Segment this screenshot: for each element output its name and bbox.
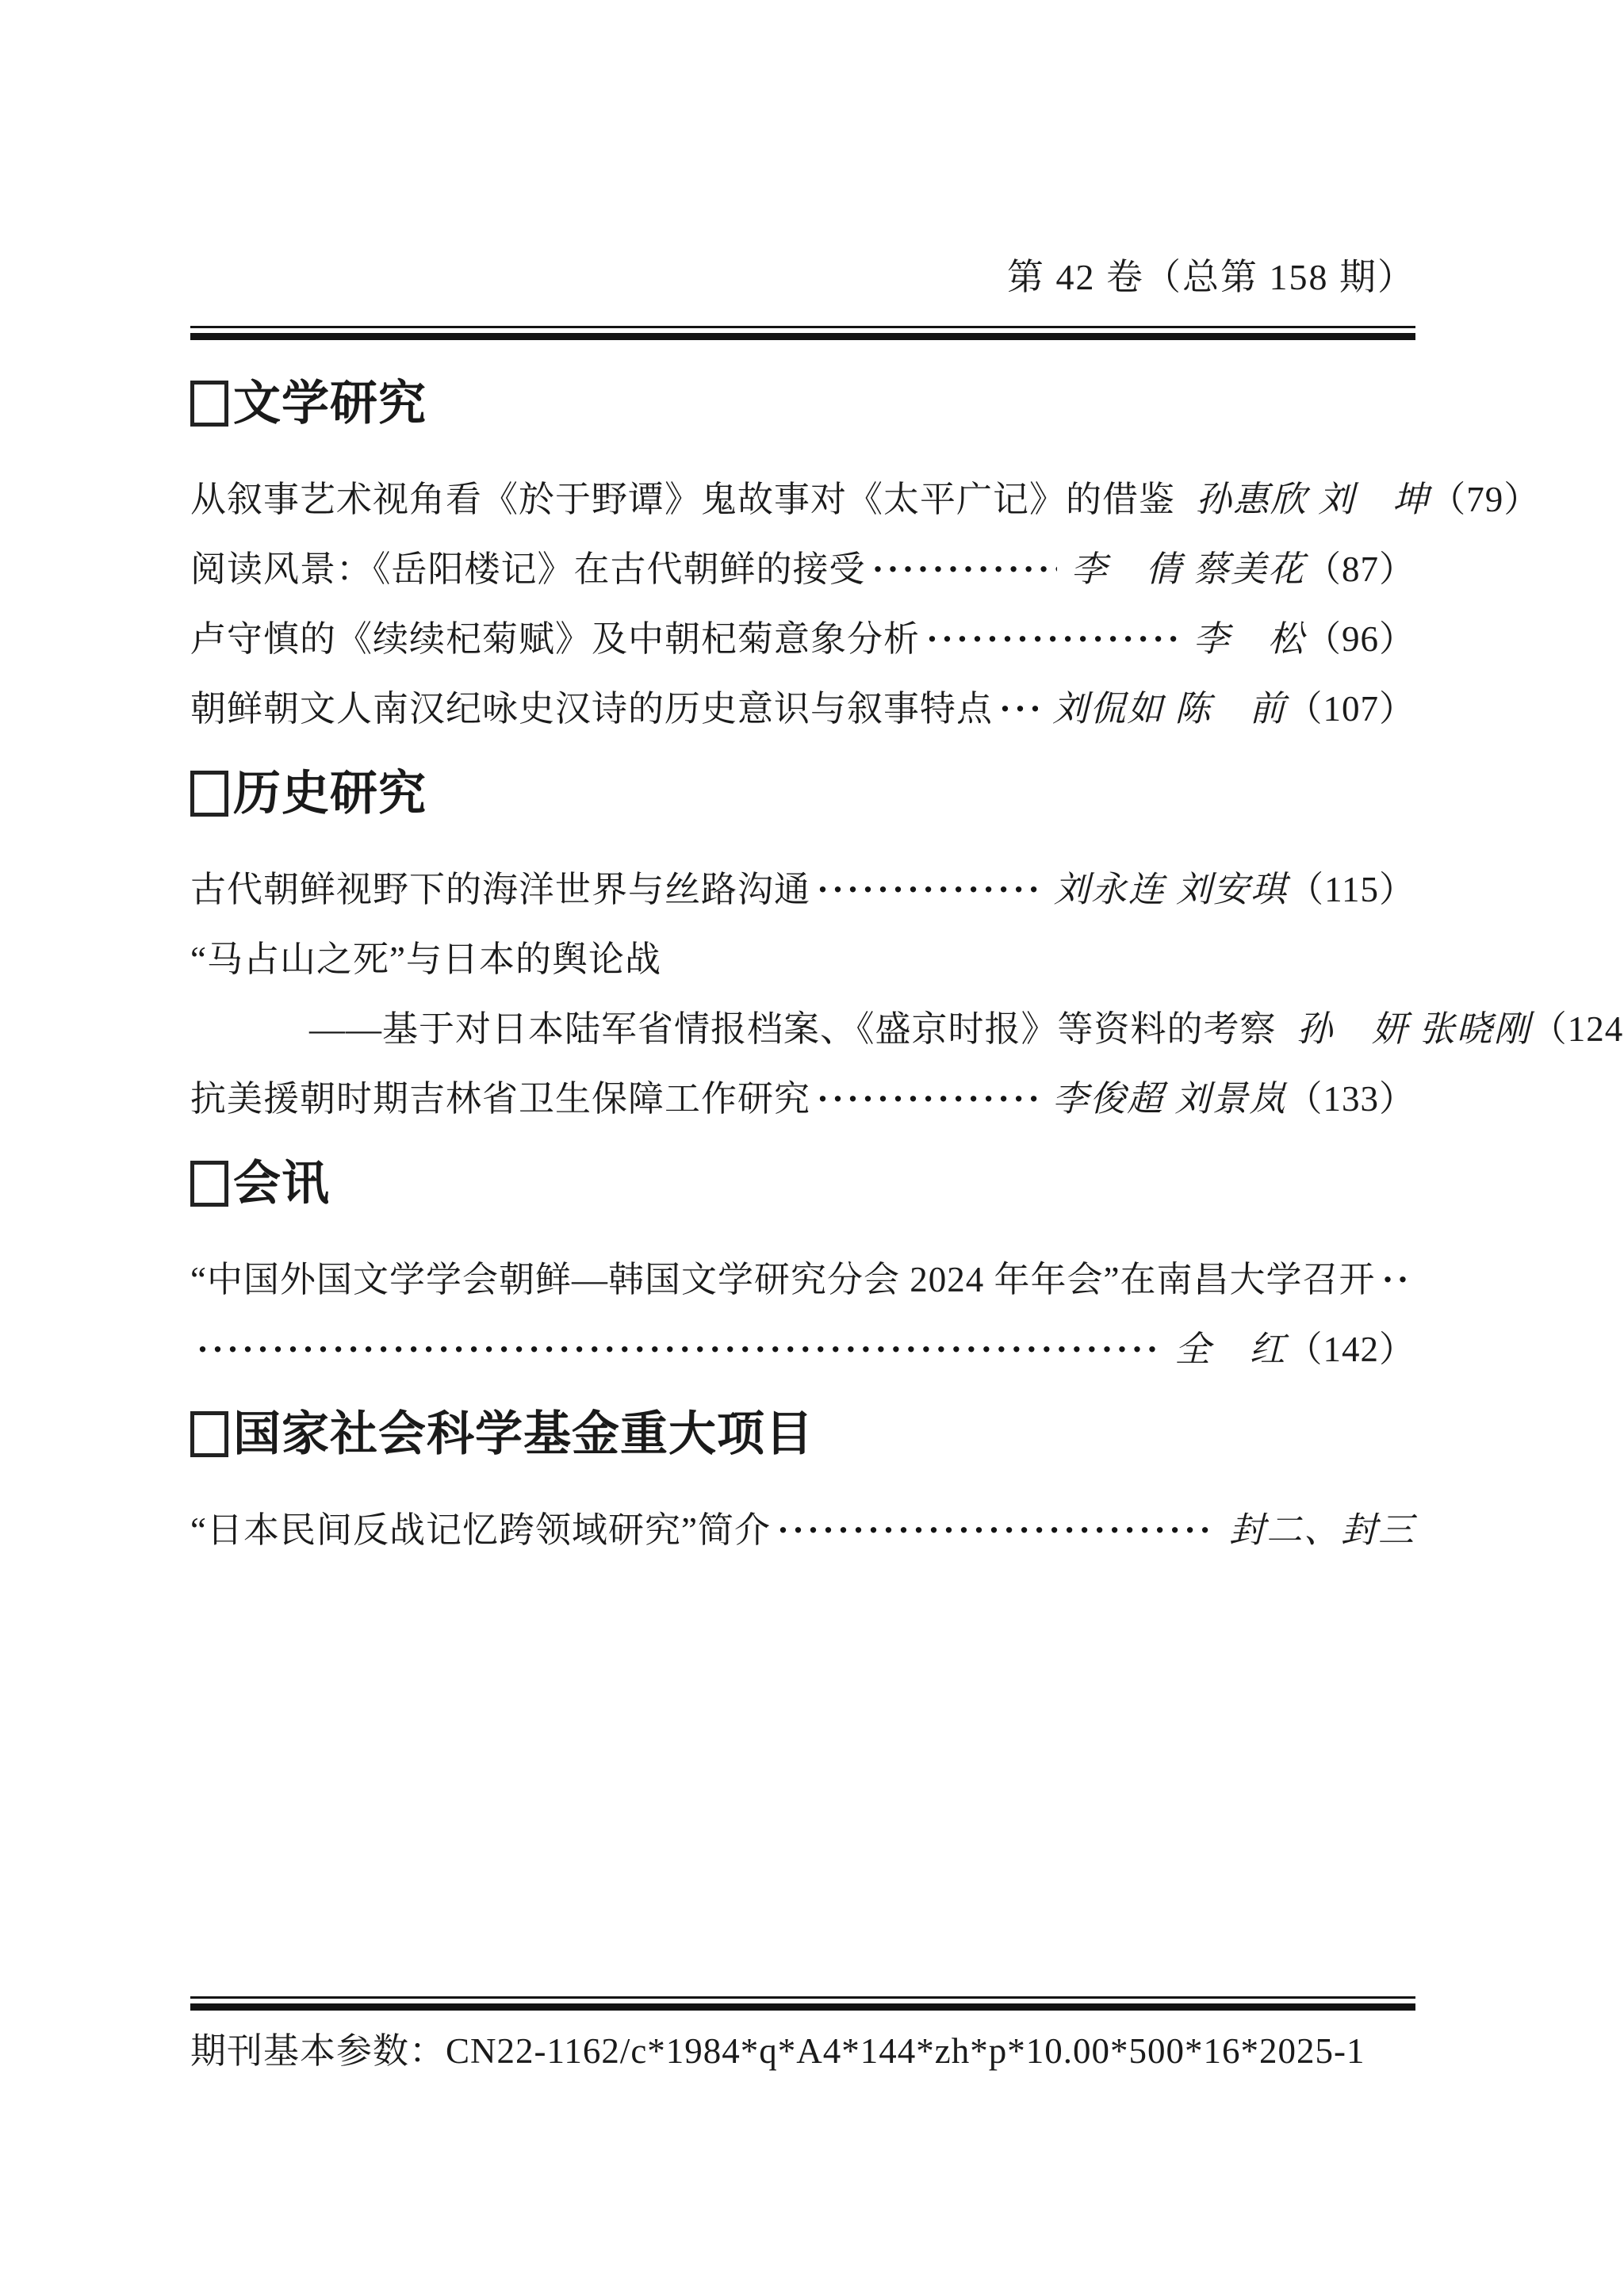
article-page: （107） [1286,687,1415,730]
toc-entry: 朝鲜朝文人南汉纪咏史汉诗的历史意识与叙事特点 ·················… [190,687,1415,730]
article-title: 古代朝鲜视野下的海洋世界与丝路沟通 [190,868,810,911]
section-heading-news: 会讯 [190,1155,1415,1212]
toc-entry: 阅读风景：《岳阳楼记》在古代朝鲜的接受 ····················… [190,548,1415,591]
toc-entry-subtitle-line: ——基于对日本陆军省情报档案、《盛京时报》等资料的考察 ············… [190,1008,1415,1050]
section-heading-literature: 文学研究 [190,375,1415,432]
section-square-icon [190,1411,228,1457]
toc-entry-wrap-line-1: “中国外国文学学会朝鲜—韩国文学研究分会 2024 年年会”在南昌大学召开 ··… [190,1258,1415,1301]
section-heading-label: 会讯 [233,1155,330,1212]
toc-entry-wrap-line-2: ········································… [190,1328,1415,1371]
toc-entry-title-line: “马占山之死”与日本的舆论战 [190,938,1415,981]
toc-entry: “日本民间反战记忆跨领域研究”简介 ······················… [190,1509,1415,1552]
article-title: 朝鲜朝文人南汉纪咏史汉诗的历史意识与叙事特点 [190,687,993,730]
article-authors: 封二、封三 [1218,1509,1415,1552]
article-title: 卢守慎的《续续杞菊赋》及中朝杞菊意象分析 [190,618,920,660]
article-authors: 刘侃如 陈 前 [1041,687,1286,730]
section-square-icon [190,381,228,427]
dot-leader: ········································… [872,548,1057,591]
article-authors: 孙惠欣 刘 坤 [1185,478,1430,521]
volume-issue-line: 第 42 卷（总第 158 期） [190,255,1415,299]
dot-leader: ········································… [1381,1258,1412,1301]
article-title: “马占山之死”与日本的舆论战 [190,938,661,981]
toc-entry: 从叙事艺术视角看《於于野谭》鬼故事对《太平广记》的借鉴 ············… [190,478,1415,521]
toc-entry: 抗美援朝时期吉林省卫生保障工作研究 ······················… [190,1077,1415,1120]
section-heading-label: 历史研究 [233,765,427,822]
journal-parameters-line: 期刊基本参数：CN22-1162/c*1984*q*A4*144*zh*p*10… [190,2030,1415,2072]
article-page: （133） [1286,1077,1415,1120]
article-page: （87） [1305,548,1415,591]
article-authors: 刘永连 刘安琪 [1043,868,1288,911]
article-authors: 全 红 [1163,1328,1286,1371]
article-page: （115） [1288,868,1415,911]
journal-toc-page: 第 42 卷（总第 158 期） 文学研究 从叙事艺术视角看《於于野谭》鬼故事对… [0,0,1624,2296]
article-title: “日本民间反战记忆跨领域研究”简介 [190,1509,771,1552]
dot-leader: ········································… [817,1077,1038,1120]
dot-leader: ········································… [777,1509,1215,1552]
section-heading-label: 文学研究 [233,375,427,432]
article-title: 抗美援朝时期吉林省卫生保障工作研究 [190,1077,810,1120]
article-page: （96） [1305,618,1415,660]
article-authors: 李 倩 蔡美花 [1060,548,1305,591]
article-authors: 孙 妍 张晓刚 [1286,1008,1531,1050]
toc-entry: 古代朝鲜视野下的海洋世界与丝路沟通 ······················… [190,868,1415,911]
article-page: （142） [1286,1328,1415,1371]
section-square-icon [190,771,228,817]
page-footer: 期刊基本参数：CN22-1162/c*1984*q*A4*144*zh*p*10… [190,1996,1415,2072]
footer-double-rule [190,1996,1415,2011]
article-authors: 李俊超 刘景岚 [1041,1077,1286,1120]
toc-entry: 卢守慎的《续续杞菊赋》及中朝杞菊意象分析 ···················… [190,618,1415,660]
article-title: “中国外国文学学会朝鲜—韩国文学研究分会 2024 年年会”在南昌大学召开 [190,1258,1375,1301]
article-page: （79） [1430,478,1540,521]
section-heading-history: 历史研究 [190,765,1415,822]
header-double-rule [190,326,1415,340]
dot-leader: ········································… [999,687,1038,730]
article-title: 阅读风景：《岳阳楼记》在古代朝鲜的接受 [190,548,866,591]
section-heading-label: 国家社会科学基金重大项目 [233,1406,814,1463]
dot-leader: ········································… [817,868,1040,911]
article-authors: 李 松 [1182,618,1305,660]
article-page: （124） [1531,1008,1624,1050]
dot-leader: ········································… [197,1328,1160,1371]
section-square-icon [190,1161,228,1207]
article-title: 从叙事艺术视角看《於于野谭》鬼故事对《太平广记》的借鉴 [190,478,1175,521]
dot-leader: ········································… [926,618,1179,660]
section-heading-major-project: 国家社会科学基金重大项目 [190,1406,1415,1463]
article-subtitle: ——基于对日本陆军省情报档案、《盛京时报》等资料的考察 [190,1008,1277,1050]
